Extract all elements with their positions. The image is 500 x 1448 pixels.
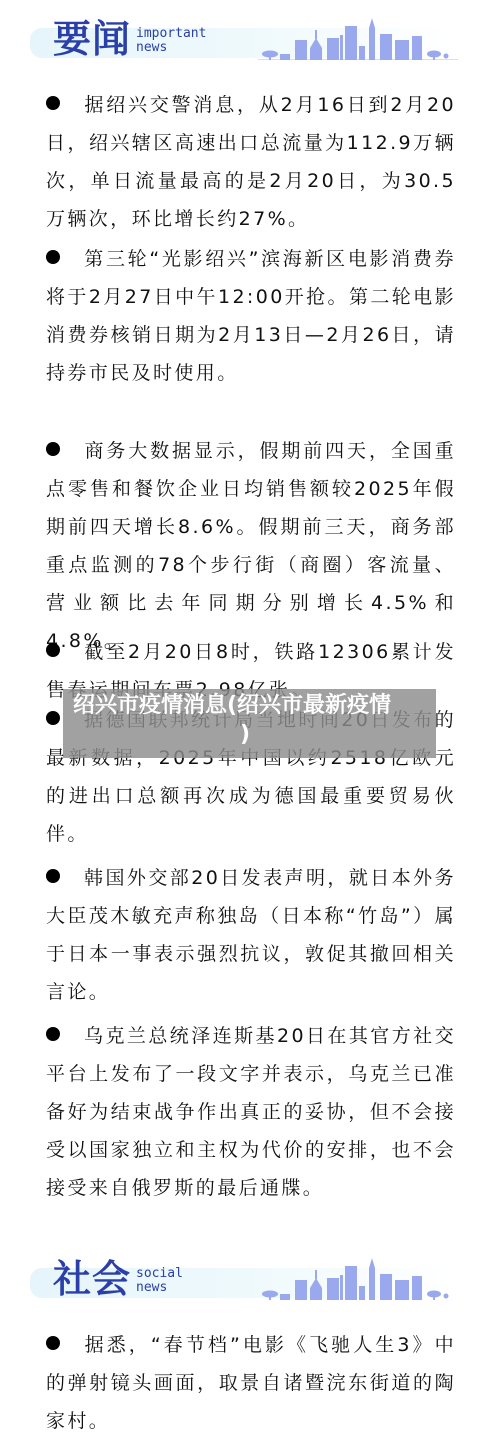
news-item: 商务大数据显示，假期前四天，全国重点零售和餐饮企业日均销售额较2025年假期前四…	[46, 432, 456, 660]
news-item: 据悉，“春节档”电影《飞驰人生3》中的弹射镜头画面，取景自诸暨浣东街道的陶家村。	[46, 1326, 456, 1440]
news-text: 据绍兴交警消息，从2月16日到2月20日，绍兴辖区高速出口总流量为112.9万辆…	[46, 94, 456, 230]
subtitle-line2: news	[136, 41, 206, 55]
city-skyline-icon	[258, 1250, 468, 1302]
bullet-icon	[46, 250, 60, 264]
news-text: 据悉，“春节档”电影《飞驰人生3》中的弹射镜头画面，取景自诸暨浣东街道的陶家村。	[46, 1334, 456, 1432]
section-banner-social: 社会 social news	[0, 1240, 500, 1320]
section-subtitle: social news	[136, 1267, 183, 1295]
subtitle-line1: important	[136, 27, 206, 41]
section-title: 社会	[53, 1256, 131, 1302]
bullet-icon	[46, 1027, 60, 1041]
news-item: 据绍兴交警消息，从2月16日到2月20日，绍兴辖区高速出口总流量为112.9万辆…	[46, 86, 456, 238]
news-text: 商务大数据显示，假期前四天，全国重点零售和餐饮企业日均销售额较2025年假期前四…	[46, 440, 456, 652]
section-title: 要闻	[53, 16, 131, 62]
subtitle-line1: social	[136, 1267, 183, 1281]
news-item: 第三轮“光影绍兴”滨海新区电影消费券将于2月27日中午12:00开抢。第二轮电影…	[46, 240, 456, 392]
bullet-icon	[46, 442, 60, 456]
bullet-icon	[46, 711, 60, 725]
city-skyline-icon	[258, 10, 468, 62]
bullet-icon	[46, 643, 60, 657]
bullet-icon	[46, 1336, 60, 1350]
bullet-icon	[46, 869, 60, 883]
section-subtitle: important news	[136, 27, 206, 55]
bullet-icon	[46, 96, 60, 110]
news-text: 第三轮“光影绍兴”滨海新区电影消费券将于2月27日中午12:00开抢。第二轮电影…	[46, 248, 456, 384]
news-item: 韩国外交部20日发表声明，就日本外务大臣茂木敏充声称独岛（日本称“竹岛”）属于日…	[46, 859, 456, 1011]
news-text: 乌克兰总统泽连斯基20日在其官方社交平台上发布了一段文字并表示，乌克兰已准备好为…	[46, 1025, 456, 1199]
section-banner-important: 要闻 important news	[0, 0, 500, 80]
news-text: 韩国外交部20日发表声明，就日本外务大臣茂木敏充声称独岛（日本称“竹岛”）属于日…	[46, 867, 456, 1003]
subtitle-line2: news	[136, 1281, 183, 1295]
article-title[interactable]: 绍兴市疫情消息(绍兴市最新疫情	[73, 691, 413, 721]
article-title-end: )	[240, 721, 250, 749]
news-item: 乌克兰总统泽连斯基20日在其官方社交平台上发布了一段文字并表示，乌克兰已准备好为…	[46, 1017, 456, 1207]
